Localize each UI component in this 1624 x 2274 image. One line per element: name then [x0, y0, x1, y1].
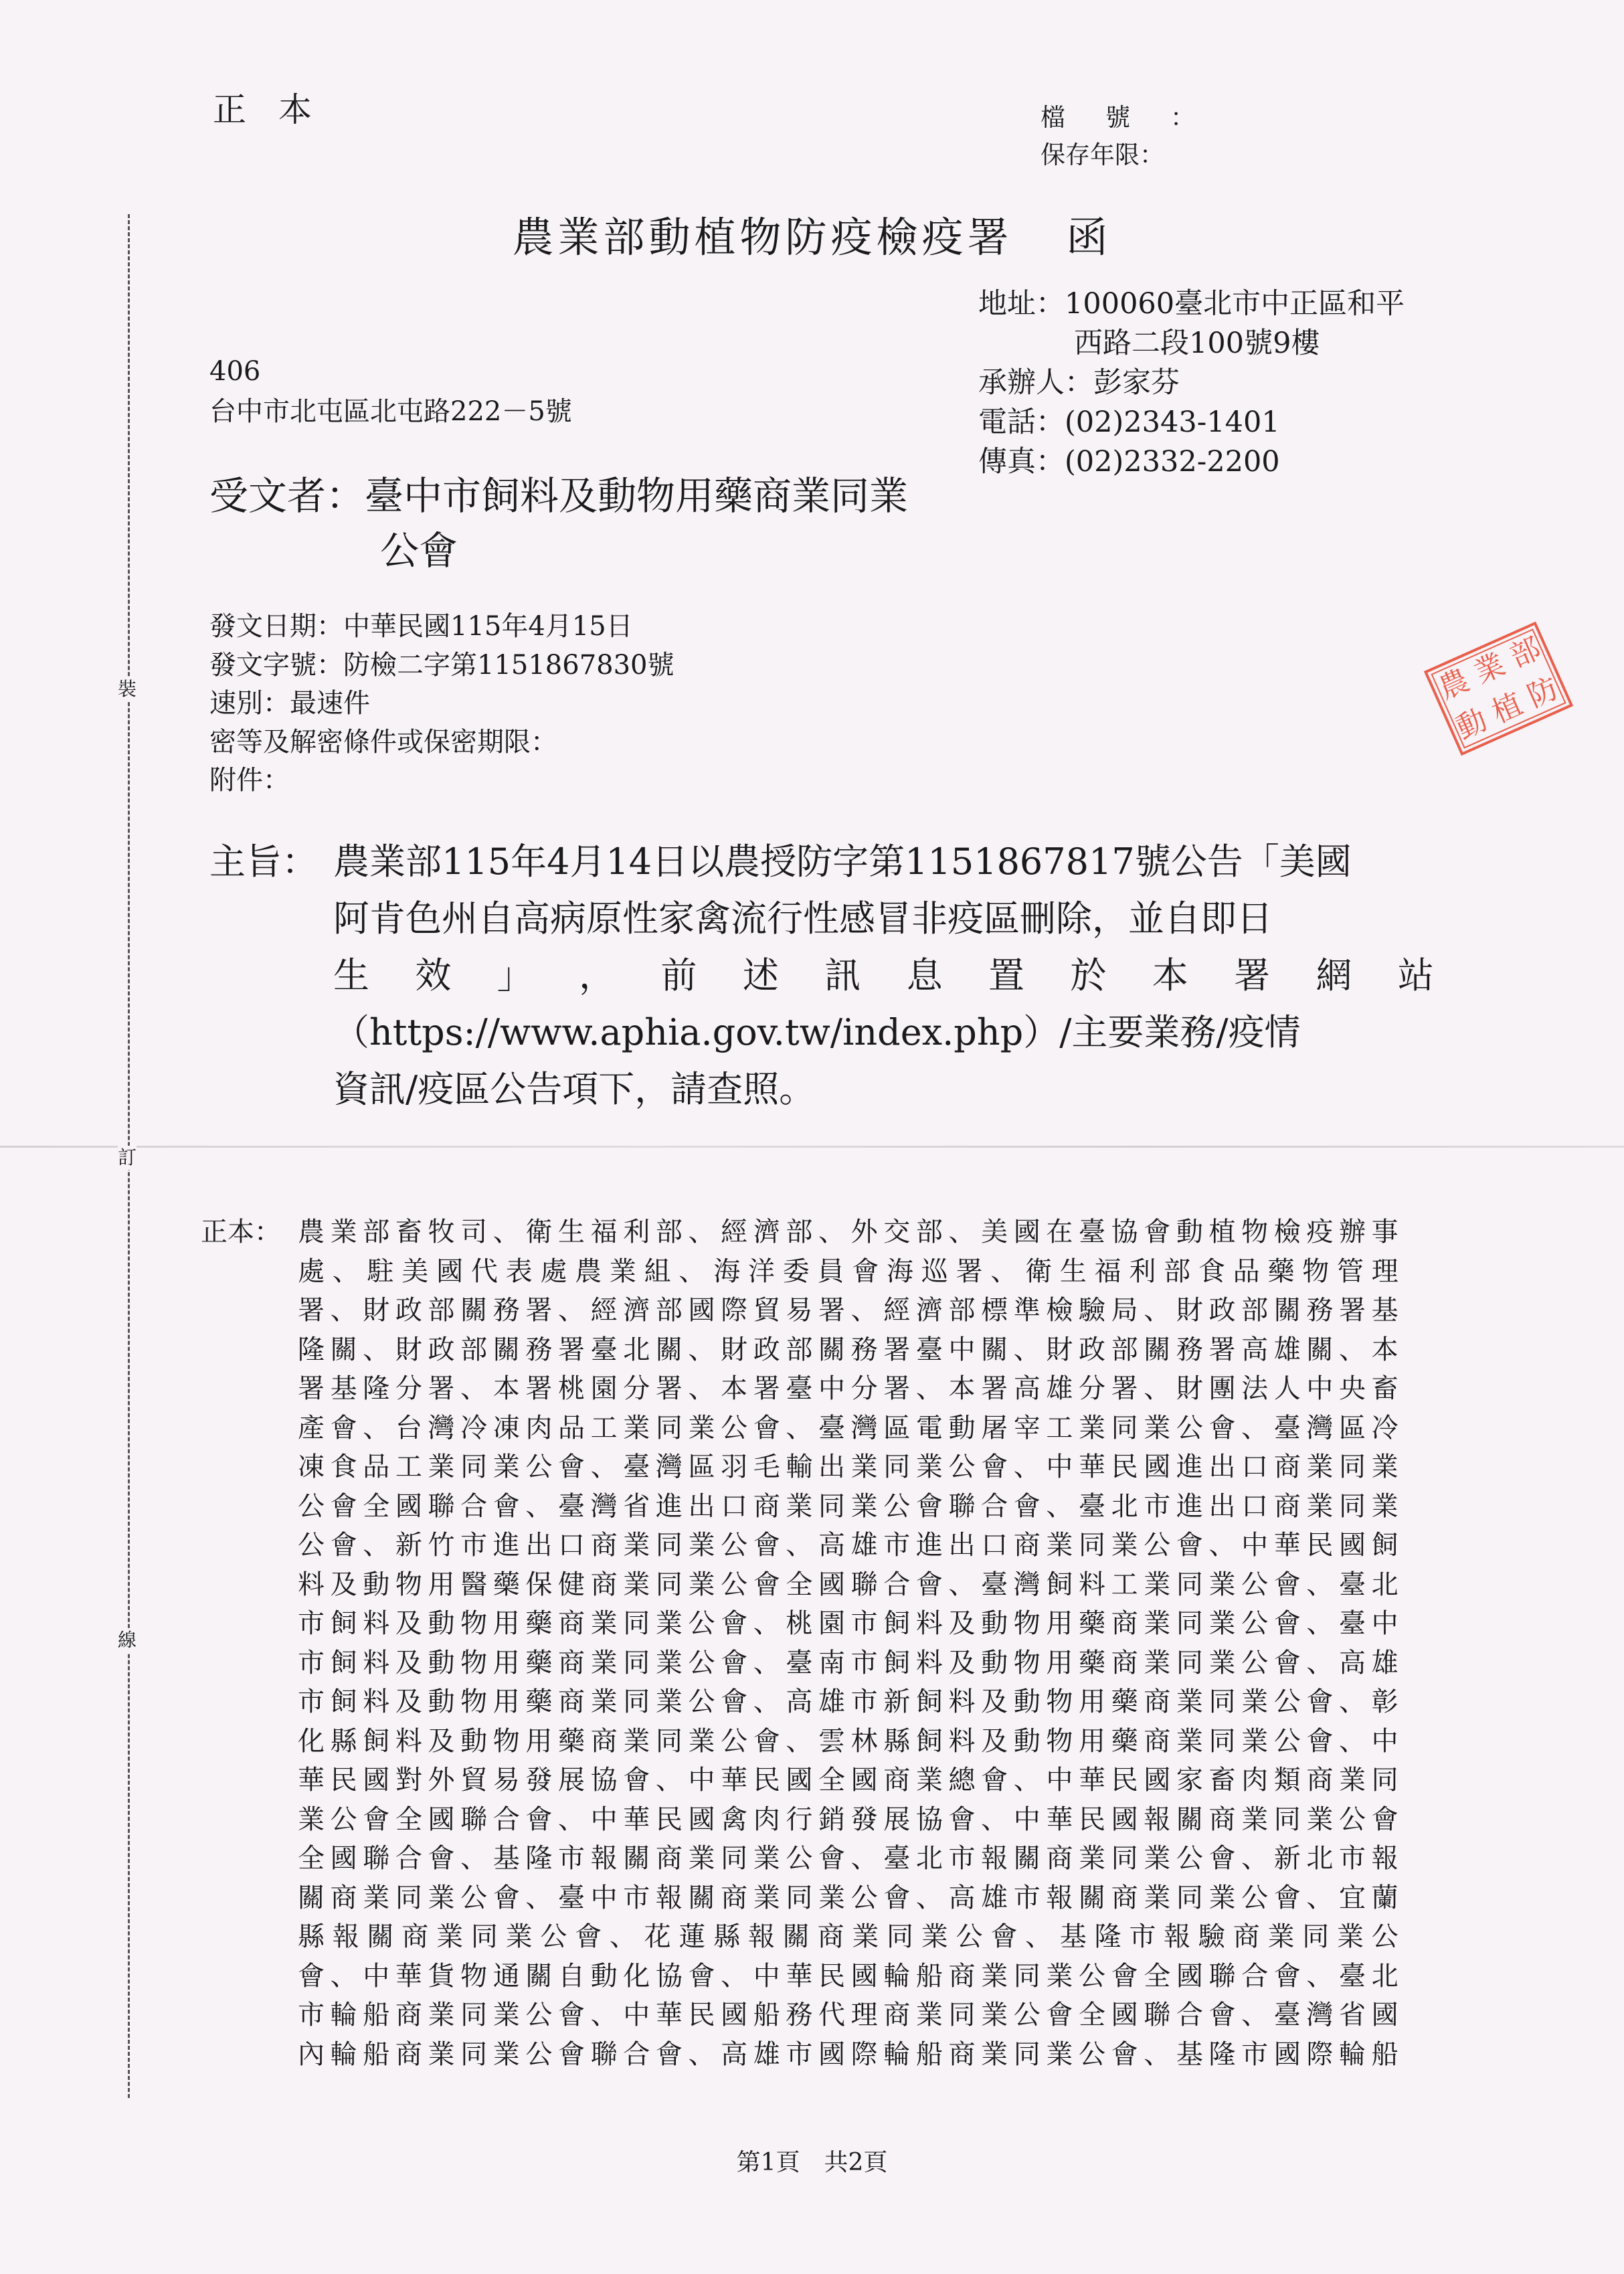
- subject-line: （https://www.aphia.gov.tw/index.php）/主要業…: [333, 1004, 1434, 1061]
- distribution-line: 市飼料及動物用藥商業同業公會、高雄市新飼料及動物用藥商業同業公會、彰: [298, 1682, 1399, 1722]
- sender-address-line2: 西路二段100號9樓: [978, 324, 1405, 363]
- sender-fax: 傳真：(02)2332-2200: [978, 442, 1405, 482]
- subject-line: 資訊/疫區公告項下，請查照。: [333, 1061, 1434, 1118]
- subject-char: 述: [743, 947, 779, 1004]
- document-title: 農業部動植物防疫檢疫署函: [0, 204, 1624, 264]
- distribution-line: 產會、台灣冷凍肉品工業同業公會、臺灣區電動屠宰工業同業公會、臺灣區冷: [298, 1409, 1399, 1448]
- subject-char: 訊: [824, 947, 861, 1004]
- official-seal-stamp: 農業部動植防: [1424, 622, 1573, 756]
- distribution-line: 市飼料及動物用藥商業同業公會、桃園市飼料及動物用藥商業同業公會、臺中: [298, 1604, 1399, 1644]
- subject-char: 生: [333, 947, 369, 1004]
- confidentiality: 密等及解密條件或保密期限：: [209, 723, 674, 762]
- addressee-line1: 臺中市飼料及動物用藥商業同業: [365, 473, 908, 519]
- distribution-line: 業公會全國聯合會、中華民國禽肉行銷發展協會、中華民國報關商業同業公會: [298, 1800, 1399, 1840]
- colon: ：: [1140, 137, 1164, 174]
- distribution-line: 公會、新竹市進出口商業同業公會、高雄市進出口商業同業公會、中華民國飼: [298, 1526, 1399, 1565]
- document-type: 函: [1067, 213, 1112, 262]
- subject-char: 前: [661, 947, 697, 1004]
- addressee-line1-row: 受文者：臺中市飼料及動物用藥商業同業: [209, 468, 908, 523]
- distribution-line: 處、駐美國代表處農業組、海洋委員會海巡署、衛生福利部食品藥物管理: [298, 1252, 1399, 1292]
- subject-char: 效: [415, 947, 451, 1004]
- subject-line-spread: 生效」，前述訊息置於本署網站: [333, 947, 1434, 1004]
- distribution-line: 會、中華貨物通關自動化協會、中華民國輪船商業同業公會全國聯合會、臺北: [298, 1957, 1399, 1996]
- distribution-line: 隆關、財政部關務署臺北關、財政部關務署臺中關、財政部關務署高雄關、本: [298, 1330, 1399, 1370]
- subject-line: 農業部115年4月14日以農授防字第1151867817號公告「美國: [333, 833, 1434, 890]
- binding-mark-xian: 線: [118, 1628, 137, 1652]
- distribution-line: 華民國對外貿易發展協會、中華民國全國商業總會、中華民國家畜肉類商業同: [298, 1761, 1399, 1800]
- subject-body: 農業部115年4月14日以農授防字第1151867817號公告「美國 阿肯色州自…: [333, 833, 1434, 1118]
- distribution-line: 署基隆分署、本署桃園分署、本署臺中分署、本署高雄分署、財團法人中央畜: [298, 1369, 1399, 1409]
- distribution-line: 內輪船商業同業公會聯合會、高雄市國際輪船商業同業公會、基隆市國際輪船: [298, 2035, 1399, 2075]
- subject-char: 置: [988, 947, 1024, 1004]
- distribution-line: 縣報關商業同業公會、花蓮縣報關商業同業公會、基隆市報驗商業同業公: [298, 1917, 1399, 1957]
- binding-mark-zhuang: 裝: [118, 677, 137, 701]
- document-meta: 發文日期：中華民國115年4月15日 發文字號：防檢二字第1151867830號…: [209, 608, 674, 800]
- distribution-label: 正本：: [201, 1213, 281, 1252]
- distribution-line: 市飼料及動物用藥商業同業公會、臺南市飼料及動物用藥商業同業公會、高雄: [298, 1644, 1399, 1683]
- file-number-label: 檔號: [1041, 99, 1170, 137]
- recipient-postal-code: 406: [209, 351, 572, 391]
- sender-info: 地址：100060臺北市中正區和平 西路二段100號9樓 承辦人：彭家芬 電話：…: [978, 284, 1405, 482]
- page-number: 第1頁: [737, 2149, 800, 2176]
- distribution-line: 料及動物用醫藥保健商業同業公會全國聯合會、臺灣飼料工業同業公會、臺北: [298, 1565, 1399, 1605]
- addressee-label: 受文者：: [209, 473, 365, 519]
- distribution-line: 化縣飼料及動物用藥商業同業公會、雲林縣飼料及動物用藥商業同業公會、中: [298, 1722, 1399, 1761]
- retention-row: 保存年限：: [1041, 137, 1195, 174]
- subject-char: 署: [1234, 947, 1270, 1004]
- distribution-line: 市輪船商業同業公會、中華民國船務代理商業同業公會全國聯合會、臺灣省國: [298, 1996, 1399, 2035]
- subject-char: ，: [579, 947, 615, 1004]
- file-number-row: 檔號：: [1041, 99, 1195, 137]
- binding-mark-ding: 訂: [118, 1146, 137, 1170]
- distribution-list: 農業部畜牧司、衛生福利部、經濟部、外交部、美國在臺協會動植物檢疫辦事處、駐美國代…: [201, 1213, 1399, 2074]
- copy-mark: 正本: [213, 83, 344, 131]
- addressee: 受文者：臺中市飼料及動物用藥商業同業 公會: [209, 468, 908, 578]
- subject-char: 站: [1398, 947, 1434, 1004]
- document-number: 發文字號：防檢二字第1151867830號: [209, 646, 674, 685]
- distribution-section: 正本： 農業部畜牧司、衛生福利部、經濟部、外交部、美國在臺協會動植物檢疫辦事處、…: [201, 1213, 1399, 2074]
- agency-name: 農業部動植物防疫檢疫署: [512, 213, 1012, 262]
- subject-char: 網: [1316, 947, 1352, 1004]
- subject-char: 於: [1070, 947, 1106, 1004]
- distribution-line: 農業部畜牧司、衛生福利部、經濟部、外交部、美國在臺協會動植物檢疫辦事: [298, 1213, 1399, 1252]
- distribution-line: 全國聯合會、基隆市報關商業同業公會、臺北市報關商業同業公會、新北市報: [298, 1839, 1399, 1878]
- subject-line: 阿肯色州自高病原性家禽流行性感冒非疫區刪除，並自即日: [333, 890, 1434, 947]
- page-total: 共2頁: [824, 2149, 888, 2176]
- subject-char: 息: [907, 947, 943, 1004]
- distribution-line: 凍食品工業同業公會、臺灣區羽毛輸出業同業公會、中華民國進出口商業同業: [298, 1448, 1399, 1487]
- attachments: 附件：: [209, 762, 674, 800]
- paper-fold-crease: [0, 1146, 1624, 1148]
- page-footer: 第1頁 共2頁: [0, 2144, 1624, 2178]
- footer-gap: [800, 2149, 824, 2176]
- retention-label: 保存年限: [1041, 137, 1140, 174]
- issue-date: 發文日期：中華民國115年4月15日: [209, 608, 674, 646]
- colon: ：: [1170, 99, 1195, 137]
- archive-info: 檔號： 保存年限：: [1041, 99, 1195, 174]
- distribution-line: 署、財政部關務署、經濟部國際貿易署、經濟部標準檢驗局、財政部關務署基: [298, 1291, 1399, 1330]
- urgency: 速別：最速件: [209, 685, 674, 723]
- distribution-line: 關商業同業公會、臺中市報關商業同業公會、高雄市報關商業同業公會、宜蘭: [298, 1878, 1399, 1918]
- sender-contact: 承辦人：彭家芬: [978, 363, 1405, 403]
- recipient-address: 406 台中市北屯區北屯路222－5號: [209, 351, 572, 432]
- recipient-street-address: 台中市北屯區北屯路222－5號: [209, 391, 572, 432]
- sender-phone: 電話：(02)2343-1401: [978, 403, 1405, 442]
- addressee-line2: 公會: [209, 523, 908, 578]
- subject-label: 主旨：: [209, 833, 318, 890]
- subject-char: 」: [497, 947, 533, 1004]
- sender-address-line1: 地址：100060臺北市中正區和平: [978, 284, 1405, 324]
- subject-section: 主旨： 農業部115年4月14日以農授防字第1151867817號公告「美國 阿…: [209, 833, 1434, 1118]
- subject-char: 本: [1152, 947, 1188, 1004]
- distribution-line: 公會全國聯合會、臺灣省進出口商業同業公會聯合會、臺北市進出口商業同業: [298, 1487, 1399, 1526]
